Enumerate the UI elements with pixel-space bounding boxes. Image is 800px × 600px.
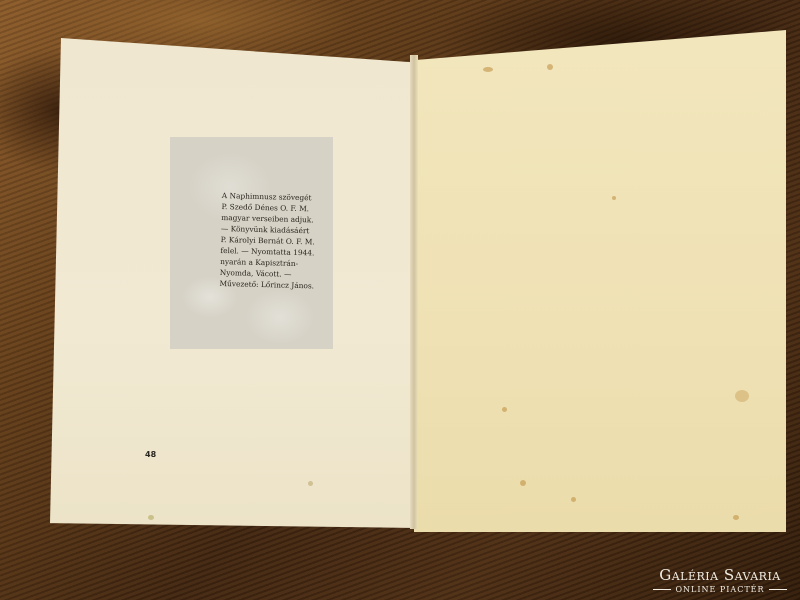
- right-page: [414, 30, 786, 532]
- foxing-spot: [733, 515, 739, 520]
- watermark-divider: [769, 589, 787, 590]
- foxing-spot: [483, 67, 493, 72]
- foxing-spot: [612, 196, 616, 200]
- foxing-spot: [547, 64, 553, 70]
- galeria-savaria-watermark: Galéria Savaria ONLINE PIACTÉR: [640, 566, 800, 594]
- watermark-title: Galéria Savaria: [640, 566, 800, 584]
- watermark-subtitle: ONLINE PIACTÉR: [675, 585, 764, 594]
- watermark-divider: [653, 589, 671, 590]
- page-number: 48: [145, 450, 156, 459]
- colophon-text: A Naphimnusz szövegét P. Szedő Dénes O. …: [219, 190, 337, 292]
- foxing-spot: [502, 407, 507, 412]
- foxing-spot: [308, 481, 313, 486]
- book-spine-gutter: [410, 55, 418, 529]
- foxing-spot: [520, 480, 526, 486]
- watermark-subtitle-row: ONLINE PIACTÉR: [640, 585, 800, 594]
- foxing-spot: [571, 497, 576, 502]
- foxing-spot: [148, 515, 154, 520]
- foxing-spot: [735, 390, 749, 402]
